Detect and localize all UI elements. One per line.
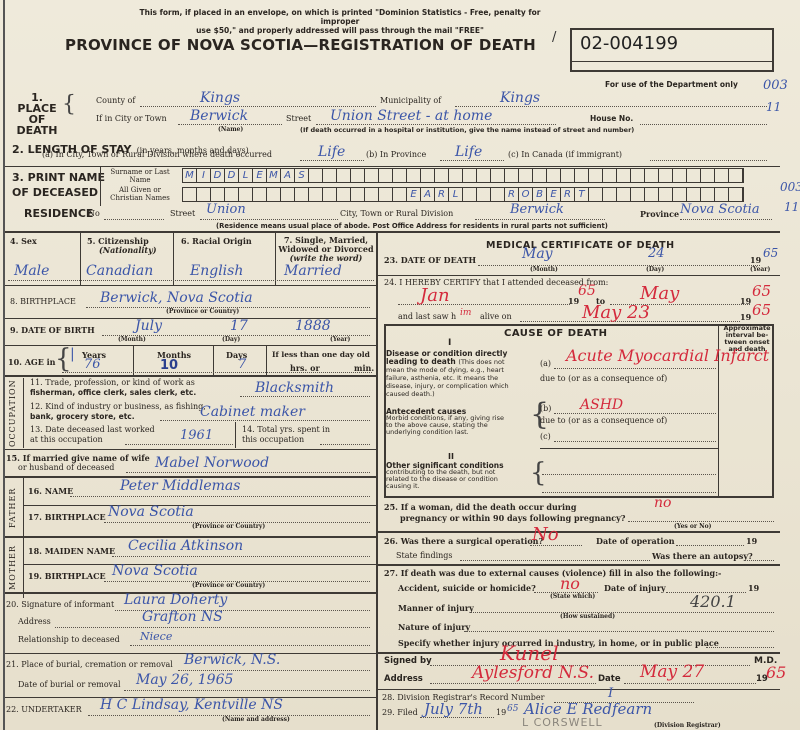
cause-a-line <box>554 368 716 369</box>
q25-value[interactable]: no <box>654 495 671 511</box>
name-letter-cell[interactable]: E <box>547 188 561 201</box>
column-divider <box>376 233 378 730</box>
q25-label: 25. If a woman, did the death occur duri… <box>384 502 626 524</box>
name-letter-cell[interactable] <box>589 169 603 182</box>
name-letter-cell[interactable] <box>393 188 407 201</box>
relationship-value[interactable]: Niece <box>140 630 172 643</box>
county-value[interactable]: Kings <box>200 90 240 106</box>
marital-status-value[interactable]: Married <box>284 263 342 279</box>
other-conditions-label: Other significant conditions contributin… <box>386 462 514 490</box>
name-letter-cell[interactable] <box>491 169 505 182</box>
street-label: Street <box>286 114 311 123</box>
due-to-1: due to (or as a consequence of) <box>540 374 667 383</box>
autopsy-line <box>744 560 774 561</box>
divider <box>23 478 24 538</box>
spouse-label-1: 15. If married give name of wife <box>6 453 150 463</box>
name-letter-cell[interactable] <box>491 188 505 201</box>
name-letter-cell[interactable] <box>547 169 561 182</box>
name-letter-cell[interactable] <box>197 188 211 201</box>
divider <box>235 422 236 448</box>
divider <box>266 345 267 375</box>
name-letter-cell[interactable] <box>533 169 547 182</box>
name-letter-cell[interactable] <box>631 169 645 182</box>
name-letter-cell[interactable] <box>729 169 743 182</box>
last-saw-value[interactable]: May 23 <box>582 302 650 323</box>
spouse-value[interactable]: Mabel Norwood <box>155 455 269 471</box>
autopsy-label: Was there an autopsy? <box>652 551 753 561</box>
name-letter-cell[interactable] <box>659 169 673 182</box>
name-letter-cell[interactable] <box>323 169 337 182</box>
name-letter-cell[interactable]: O <box>519 188 533 201</box>
dod-month-value[interactable]: May <box>522 246 553 262</box>
marital-note: (write the word) <box>278 254 374 263</box>
name-letter-cell[interactable] <box>519 169 533 182</box>
residence-province-label: Province <box>640 209 679 219</box>
q25-line <box>628 521 774 522</box>
stay-city-value[interactable]: Life <box>318 144 345 160</box>
divider <box>5 166 780 167</box>
name-letter-cell[interactable] <box>421 169 435 182</box>
residence-no-label: No <box>88 209 100 218</box>
municipality-line <box>455 106 767 107</box>
name-letter-cell[interactable]: A <box>281 169 295 182</box>
name-letter-cell[interactable] <box>211 188 225 201</box>
day-caption: (Day) <box>222 336 240 343</box>
print-name-label-2: OF DECEASED <box>12 185 105 200</box>
name-letter-cell[interactable] <box>631 188 645 201</box>
name-letter-cell[interactable] <box>281 188 295 201</box>
name-letter-cell[interactable]: R <box>505 188 519 201</box>
last-worked-line <box>125 444 233 445</box>
informant-address-label: Address <box>18 617 51 626</box>
municipality-label: Municipality of <box>380 96 441 105</box>
registrar-caption: (Division Registrar) <box>654 722 721 729</box>
from-year-value[interactable]: 65 <box>578 283 596 299</box>
trade-line <box>240 396 370 397</box>
name-letter-cell[interactable] <box>295 188 309 201</box>
q25-label-1: 25. If a woman, did the death occur duri… <box>384 502 626 513</box>
birthplace-label: 8. BIRTHPLACE <box>10 297 76 306</box>
name-letter-cell[interactable] <box>477 169 491 182</box>
name-letter-cell[interactable] <box>239 188 253 201</box>
name-letter-cell[interactable] <box>729 188 743 201</box>
to-year-value[interactable]: 65 <box>752 282 771 300</box>
city-value[interactable]: Berwick <box>190 108 248 124</box>
given-names-label: All Given or Christian Names <box>102 186 178 202</box>
q26-line <box>530 545 582 546</box>
residence-street-label: Street <box>170 209 195 218</box>
name-letter-cell[interactable]: I <box>197 169 211 182</box>
name-letter-cell[interactable] <box>617 188 631 201</box>
last-saw-year-prefix: 19 <box>740 312 751 322</box>
maiden-name-value[interactable]: Cecilia Atkinson <box>128 538 243 554</box>
name-letter-cell[interactable]: A <box>421 188 435 201</box>
relationship-line <box>130 645 370 646</box>
cause-b-value[interactable]: ASHD <box>580 397 623 413</box>
name-letter-cell[interactable] <box>603 169 617 182</box>
name-letter-cell[interactable] <box>687 169 701 182</box>
antecedent-note: Morbid conditions, if any, giving rise t… <box>386 415 512 436</box>
mother-birthplace-caption: (Province or Country) <box>192 582 265 589</box>
name-letter-cell[interactable] <box>505 169 519 182</box>
county-label: County of <box>96 96 135 105</box>
due-to-2: due to (or as a consequence of) <box>540 416 667 425</box>
findings-label: State findings <box>396 551 453 560</box>
name-letter-cell[interactable] <box>645 169 659 182</box>
name-letter-cell[interactable] <box>449 169 463 182</box>
residence-city-label: City, Town or Rural Division <box>340 209 453 218</box>
findings-line <box>460 560 650 561</box>
name-letter-cell[interactable] <box>183 188 197 201</box>
father-name-line <box>70 496 370 497</box>
postal-notice-line-1: This form, if placed in an envelope, on … <box>130 8 550 26</box>
county-line <box>140 106 376 107</box>
accident-value[interactable]: no <box>560 574 580 593</box>
dob-year-value[interactable]: 1888 <box>295 318 331 334</box>
name-letter-cell[interactable] <box>645 188 659 201</box>
total-years-label-1: 14. Total yrs. spent in <box>242 425 330 435</box>
other-conditions-line-1 <box>542 474 716 475</box>
name-letter-cell[interactable]: T <box>575 188 589 201</box>
years-value[interactable]: 76 <box>84 357 101 372</box>
name-letter-cell[interactable]: R <box>561 188 575 201</box>
divider <box>23 564 376 565</box>
antecedent-label: Antecedent causes Morbid conditions, if … <box>386 408 512 436</box>
address-label: Address <box>384 674 423 684</box>
name-letter-cell[interactable] <box>463 188 477 201</box>
filed-year-value[interactable]: 65 <box>507 704 518 714</box>
birthplace-value[interactable]: Berwick, Nova Scotia <box>100 290 253 306</box>
name-letter-cell[interactable] <box>393 169 407 182</box>
divider <box>378 531 780 533</box>
q26-label: 26. Was there a surgical operation? <box>384 536 543 546</box>
name-letter-cell[interactable] <box>701 169 715 182</box>
certify-label: 24. I HEREBY CERTIFY that I attended dec… <box>384 278 608 287</box>
name-letter-cell[interactable]: B <box>533 188 547 201</box>
stay-province-label: (b) In Province <box>366 150 426 159</box>
given-names-grid[interactable]: EARLROBERT <box>182 187 744 202</box>
trade-value[interactable]: Blacksmith <box>255 380 334 396</box>
name-letter-cell[interactable] <box>379 169 393 182</box>
dod-month-caption: (Month) <box>530 266 558 273</box>
residence-label: RESIDENCE <box>24 207 93 220</box>
trade-label: 11. Trade, profession, or kind of work a… <box>30 378 196 398</box>
date-of-death-label: 23. DATE OF DEATH <box>384 255 476 265</box>
undertaker-value[interactable]: H C Lindsay, Kentville NS <box>100 697 283 713</box>
name-letter-cell[interactable]: D <box>225 169 239 182</box>
name-letter-cell[interactable] <box>351 169 365 182</box>
q25-caption: (Yes or No) <box>674 523 711 530</box>
print-name-label-1: 3. PRINT NAME <box>12 170 105 185</box>
dod-day-caption: (Day) <box>646 266 664 273</box>
record-number-value[interactable]: I <box>608 686 613 701</box>
street-value[interactable]: Union Street - at home <box>330 108 492 124</box>
divider <box>5 285 376 286</box>
occupation-side-label: OCCUPATION <box>8 378 20 448</box>
name-letter-cell[interactable] <box>477 188 491 201</box>
to-year-prefix: 19 <box>740 296 751 306</box>
residence-city-line <box>475 219 605 220</box>
filed-value[interactable]: July 7th <box>424 700 483 718</box>
name-letter-cell[interactable] <box>715 169 729 182</box>
cause-c-label: (c) <box>540 432 551 441</box>
operation-date-label: Date of operation <box>596 536 675 546</box>
name-letter-cell[interactable]: E <box>253 169 267 182</box>
surname-grid[interactable]: MIDDLEMAS <box>182 168 744 183</box>
residence-no-line <box>104 219 164 220</box>
name-letter-cell[interactable] <box>309 169 323 182</box>
medical-certificate-title: MEDICAL CERTIFICATE OF DEATH <box>486 240 675 251</box>
nature-label: Nature of injury <box>398 622 470 632</box>
address-line <box>430 683 596 684</box>
divider <box>80 233 81 285</box>
print-name-label: 3. PRINT NAME OF DECEASED <box>12 170 105 200</box>
personal-line <box>8 280 374 281</box>
death-registration-form: This form, if placed in an envelope, on … <box>0 0 800 730</box>
last-worked-label-1: 13. Date deceased last worked <box>30 425 155 435</box>
last-saw-pronoun[interactable]: im <box>460 308 471 318</box>
divider <box>5 449 376 450</box>
manner-code[interactable]: 420.1 <box>690 592 736 611</box>
divider <box>275 233 276 285</box>
city-label: If in City or Town <box>96 114 167 123</box>
postal-notice-line-2: use $50," and properly addressed will pa… <box>130 26 550 35</box>
name-letter-cell[interactable] <box>659 188 673 201</box>
dod-year-caption: (Year) <box>750 266 770 273</box>
name-letter-cell[interactable] <box>253 188 267 201</box>
name-letter-cell[interactable] <box>673 188 687 201</box>
divider <box>378 564 780 566</box>
informant-signature-value[interactable]: Laura Doherty <box>124 592 227 608</box>
divider <box>23 538 24 598</box>
name-letter-cell[interactable] <box>463 169 477 182</box>
trade-label-2: fisherman, office clerk, sales clerk, et… <box>30 388 196 398</box>
accident-label: Accident, suicide or homicide? <box>398 583 536 593</box>
racial-origin-value[interactable]: English <box>190 263 243 279</box>
last-worked-value[interactable]: 1961 <box>180 428 213 443</box>
name-letter-cell[interactable] <box>351 188 365 201</box>
industry-value[interactable]: Cabinet maker <box>200 404 305 420</box>
department-note: For use of the Department only <box>605 80 738 89</box>
undertaker-caption: (Name and address) <box>222 716 290 723</box>
residence-note: (Residence means usual place of abode. P… <box>216 222 608 230</box>
father-birthplace-caption: (Province or Country) <box>192 523 265 530</box>
mother-birthplace-label: 19. BIRTHPLACE <box>28 571 106 581</box>
name-letter-cell[interactable] <box>323 188 337 201</box>
name-letter-cell[interactable] <box>379 188 393 201</box>
spouse-line <box>126 472 370 473</box>
name-letter-cell[interactable] <box>589 188 603 201</box>
name-letter-cell[interactable] <box>603 188 617 201</box>
divider <box>173 233 174 285</box>
attended-from-value[interactable]: Jan <box>420 285 450 306</box>
disease-label: Disease or condition directly leading to… <box>386 350 514 398</box>
house-label: House No. <box>590 114 633 123</box>
operation-year-prefix: 19 <box>746 536 757 546</box>
name-letter-cell[interactable] <box>407 169 421 182</box>
address-value[interactable]: Aylesford N.S. <box>472 663 594 683</box>
days-value[interactable]: 7 <box>238 357 246 372</box>
name-caption: (Name) <box>218 126 243 133</box>
name-letter-cell[interactable] <box>365 169 379 182</box>
surname-label: Surname or Last Name <box>102 168 178 184</box>
last-saw-year-value[interactable]: 65 <box>752 301 771 319</box>
maiden-name-line <box>112 556 370 557</box>
sex-value[interactable]: Male <box>14 263 49 279</box>
residence-street-line <box>200 219 338 220</box>
residence-city-value[interactable]: Berwick <box>510 202 564 217</box>
date-of-birth-label: 9. DATE OF BIRTH <box>10 325 95 335</box>
name-letter-cell[interactable] <box>575 169 589 182</box>
stay-province-line <box>440 160 504 161</box>
injury-date-label: Date of injury <box>604 583 666 593</box>
father-name-label: 16. NAME <box>28 486 73 496</box>
place-of-death-label: 1. PLACE OF DEATH <box>12 92 62 136</box>
father-birthplace-value[interactable]: Nova Scotia <box>108 504 194 520</box>
brace: { <box>530 460 547 486</box>
margin-code-1: 003 <box>763 78 788 93</box>
signature-year-value[interactable]: 65 <box>766 663 786 682</box>
burial-date-line <box>124 690 370 691</box>
name-letter-cell[interactable]: L <box>239 169 253 182</box>
stay-city-label: (a) In City, Town or Rural Division wher… <box>42 150 272 159</box>
postal-notice: This form, if placed in an envelope, on … <box>130 8 550 35</box>
dob-day-value[interactable]: 17 <box>230 318 248 334</box>
divider <box>100 166 101 206</box>
stay-province-value[interactable]: Life <box>455 144 482 160</box>
cause-a-label: (a) <box>540 359 551 368</box>
filed-year-prefix: 19 <box>496 708 506 717</box>
part-i-label: I <box>448 338 451 348</box>
divider <box>23 378 24 448</box>
residence-street-value[interactable]: Union <box>206 202 246 217</box>
nature-line <box>464 631 774 632</box>
informant-address-value[interactable]: Grafton NS <box>142 609 223 625</box>
stay-canada-label: (c) In Canada (if immigrant) <box>508 150 622 159</box>
undertaker-label: 22. UNDERTAKER <box>6 705 82 714</box>
pencil-note: L CORSWELL <box>522 716 603 729</box>
state-which-caption: (State which) <box>550 593 595 600</box>
name-letter-cell[interactable]: S <box>295 169 309 182</box>
cause-c-line <box>554 441 716 442</box>
burial-place-label: 21. Place of burial, cremation or remova… <box>6 660 173 669</box>
dod-year-value[interactable]: 65 <box>763 246 778 260</box>
name-letter-cell[interactable] <box>337 169 351 182</box>
mother-birthplace-value[interactable]: Nova Scotia <box>112 563 198 579</box>
name-letter-cell[interactable] <box>687 188 701 201</box>
total-years-line <box>320 444 370 445</box>
stay-city-line <box>300 160 364 161</box>
hospital-note: (If death occurred in a hospital or inst… <box>300 126 634 134</box>
q27-label: 27. If death was due to external causes … <box>384 568 721 578</box>
industry-label: 12. Kind of industry or business, as fis… <box>30 402 206 422</box>
divider <box>540 448 718 449</box>
attended-to-value[interactable]: May <box>640 283 679 304</box>
name-letter-cell[interactable] <box>701 188 715 201</box>
divider <box>572 61 772 62</box>
dod-day-value[interactable]: 24 <box>648 246 665 261</box>
name-letter-cell[interactable]: L <box>449 188 463 201</box>
total-years-label: 14. Total yrs. spent in this occupation <box>242 425 330 445</box>
other-conditions-note: contributing to the death, but not relat… <box>386 469 514 490</box>
name-letter-cell[interactable] <box>337 188 351 201</box>
name-letter-cell[interactable]: R <box>435 188 449 201</box>
divider <box>378 689 780 690</box>
citizenship-note: (Nationality) <box>99 245 157 255</box>
sex-label: 4. Sex <box>10 236 37 246</box>
residence-province-value[interactable]: Nova Scotia <box>680 202 760 217</box>
divider <box>23 505 376 506</box>
name-letter-cell[interactable] <box>715 188 729 201</box>
maiden-name-label: 18. MAIDEN NAME <box>28 546 115 556</box>
check-mark: / <box>552 30 556 45</box>
left-margin-rule <box>3 0 5 730</box>
city-line <box>178 124 282 125</box>
brace: { <box>62 94 76 116</box>
last-saw-label: and last saw h <box>398 312 456 321</box>
injury-year-prefix: 19 <box>748 583 759 593</box>
burial-date-value[interactable]: May 26, 1965 <box>136 672 233 688</box>
total-years-label-2: this occupation <box>242 435 330 445</box>
how-sustained-caption: (How sustained) <box>560 613 615 620</box>
last-worked-label: 13. Date deceased last worked at this oc… <box>30 425 155 445</box>
informant-address-line <box>55 627 370 628</box>
name-letter-cell[interactable] <box>435 169 449 182</box>
municipality-value[interactable]: Kings <box>500 90 540 106</box>
spouse-label: 15. If married give name of wife or husb… <box>6 453 150 473</box>
margin-code-2: 11 <box>766 100 781 114</box>
name-letter-cell[interactable]: D <box>211 169 225 182</box>
mother-side-label: MOTHER <box>8 540 20 596</box>
father-birthplace-label: 17. BIRTHPLACE <box>28 512 106 522</box>
citizenship-value[interactable]: Canadian <box>86 263 153 279</box>
residence-province-line <box>680 219 772 220</box>
cause-a-value[interactable]: Acute Myocardial Infarct <box>566 346 769 365</box>
name-letter-cell[interactable] <box>267 188 281 201</box>
q26-value[interactable]: No <box>532 524 559 545</box>
name-letter-cell[interactable] <box>617 169 631 182</box>
form-title: PROVINCE OF NOVA SCOTIA—REGISTRATION OF … <box>65 36 536 54</box>
burial-date-label: Date of burial or removal <box>18 680 121 689</box>
burial-place-value[interactable]: Berwick, N.S. <box>184 652 280 668</box>
signed-by-label: Signed by <box>384 656 432 666</box>
name-letter-cell[interactable]: M <box>183 169 197 182</box>
dod-year-prefix: 19 <box>750 255 761 265</box>
name-letter-cell[interactable] <box>309 188 323 201</box>
date-line <box>624 683 756 684</box>
date-value[interactable]: May 27 <box>640 662 704 682</box>
age-mark: | <box>70 346 75 362</box>
marital-status-label: 7. Single, Married, Widowed or Divorced … <box>278 236 374 263</box>
filed-label: 29. Filed <box>382 708 418 717</box>
name-letter-cell[interactable]: E <box>407 188 421 201</box>
cause-b-line <box>554 413 716 414</box>
signed-by-value[interactable]: Kunel <box>500 641 559 665</box>
dob-month-value[interactable]: July <box>135 318 162 334</box>
informant-signature-label: 20. Signature of informant <box>6 600 114 609</box>
name-letter-cell[interactable] <box>225 188 239 201</box>
divider <box>5 231 780 233</box>
name-letter-cell[interactable] <box>673 169 687 182</box>
father-name-value[interactable]: Peter Middlemas <box>120 478 240 494</box>
margin-code-4: 11 <box>784 200 799 214</box>
name-letter-cell[interactable] <box>561 169 575 182</box>
age-line <box>62 372 372 373</box>
months-value[interactable]: 10 <box>160 358 178 373</box>
name-letter-cell[interactable]: M <box>267 169 281 182</box>
name-letter-cell[interactable] <box>365 188 379 201</box>
divider <box>5 375 376 377</box>
